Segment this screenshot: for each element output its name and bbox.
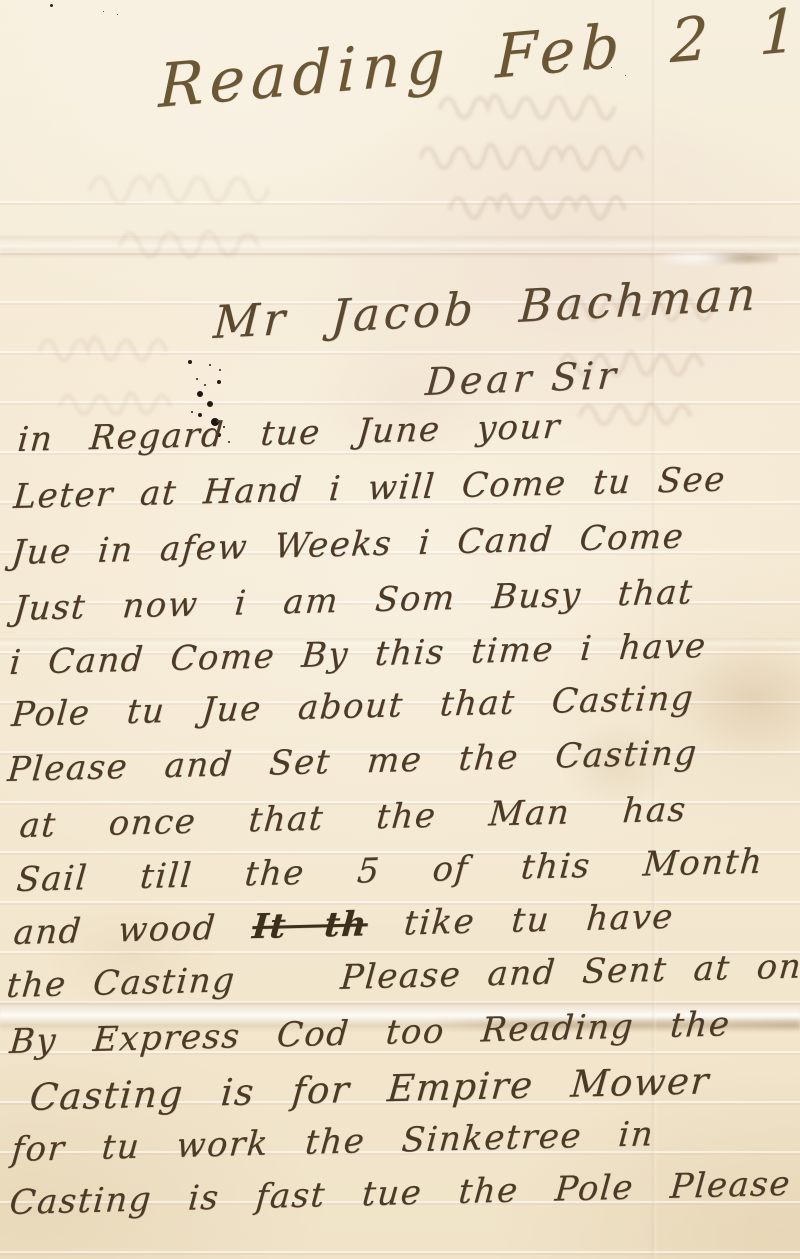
letter-line: Casting is for Empire Mower — [28, 1059, 711, 1119]
heading-place-date: Reading Feb 2 1891 — [158, 0, 800, 122]
letter-line: the Casting Please and Sent at once — [5, 945, 800, 1006]
bleed-through-writing — [80, 150, 380, 270]
letter-line: Jue in afew Weeks i Cand Come — [10, 516, 686, 573]
letter-line: i Cand Come By this time i have — [8, 626, 708, 683]
recipient-name: Mr Jacob Bachman — [212, 267, 761, 349]
letter-line: at once that the Man has — [18, 790, 688, 846]
letter-line: Casting is fast tue the Pole Please — [8, 1164, 793, 1223]
line-text: tike tu have — [366, 897, 675, 945]
line-text: and wood — [12, 907, 254, 953]
ink-spatter — [188, 360, 192, 364]
salutation: Dear Sir — [424, 353, 621, 404]
letter-line: Leter at Hand i will Come tu See — [12, 460, 727, 517]
bleed-through-writing — [420, 80, 780, 250]
letter-page: Reading Feb 2 1891 Mr Jacob Bachman Dear… — [0, 0, 800, 1259]
fold-crease-pinch — [648, 244, 778, 270]
letter-line: Please and Set me the Casting — [6, 733, 699, 790]
struck-out-words: It th — [251, 904, 370, 947]
letter-line: for tu work the Sinketree in — [10, 1114, 656, 1170]
letter-line: in Regard tue June your — [16, 407, 562, 460]
letter-line: By Express Cod too Reading the — [8, 1004, 732, 1062]
ink-specks — [50, 4, 53, 7]
fold-crease-top — [0, 236, 800, 258]
letter-line: Just now i am Som Busy that — [12, 572, 695, 629]
letter-line: Sail till the 5 of this Month — [15, 842, 765, 900]
letter-line: Pole tu Jue about that Casting — [10, 678, 696, 735]
letter-line-with-strikethrough: and wood It th tike tu have — [12, 897, 676, 953]
